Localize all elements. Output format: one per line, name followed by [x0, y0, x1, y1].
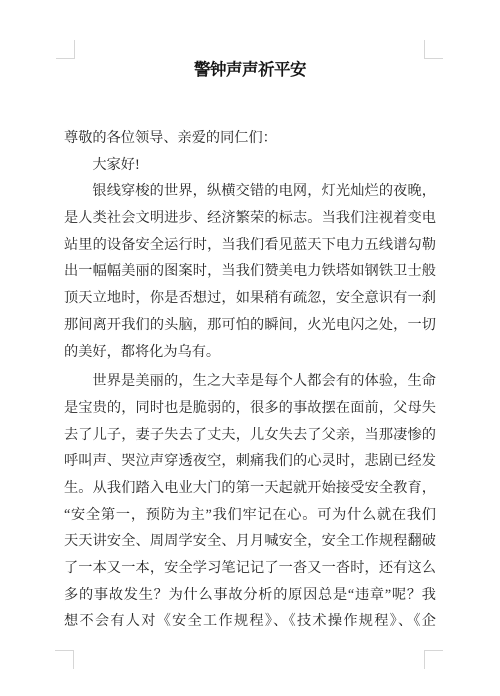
paragraph: 尊敬的各位领导、亲爱的同仁们： — [64, 125, 436, 152]
text-line: “安全第一，预防为主”我们牢记在心。可为什么就在我们 — [64, 502, 436, 529]
paragraph: 大家好! — [64, 152, 436, 179]
crop-mark-bottom-right — [424, 650, 443, 669]
paragraph: 银线穿梭的世界，纵横交错的电网，灯光灿烂的夜晚，是人类社会文明进步、经济繁荣的标… — [64, 178, 436, 365]
text-line: 尊敬的各位领导、亲爱的同仁们： — [64, 125, 436, 152]
paragraph: 世界是美丽的，生之大幸是每个人都会有的体验，生命是宝贵的，同时也是脆弱的，很多的… — [64, 368, 436, 635]
text-line: 天天讲安全、周周学安全、月月喊安全，安全工作规程翻破 — [64, 528, 436, 555]
text-line: 世界是美丽的，生之大幸是每个人都会有的体验，生命 — [64, 368, 436, 395]
text-line: 的美好，都将化为乌有。 — [64, 339, 436, 366]
document-title: 警钟声声祈平安 — [0, 55, 500, 86]
text-line: 顶天立地时，你是否想过，如果稍有疏忽，安全意识有一刹 — [64, 285, 436, 312]
text-line: 出一幅幅美丽的图案时，当我们赞美电力铁塔如钢铁卫士般 — [64, 258, 436, 285]
text-line: 呼叫声、哭泣声穿透夜空，刺痛我们的心灵时，悲剧已经发 — [64, 448, 436, 475]
text-line: 去了儿子，妻子失去了丈夫，儿女失去了父亲，当那凄惨的 — [64, 422, 436, 449]
text-line: 银线穿梭的世界，纵横交错的电网，灯光灿烂的夜晚， — [64, 178, 436, 205]
document-body: 尊敬的各位领导、亲爱的同仁们：大家好!银线穿梭的世界，纵横交错的电网，灯光灿烂的… — [64, 125, 436, 635]
document-page: 警钟声声祈平安 尊敬的各位领导、亲爱的同仁们：大家好!银线穿梭的世界，纵横交错的… — [0, 0, 500, 696]
text-line: 生。从我们踏入电业大门的第一天起就开始接受安全教育， — [64, 475, 436, 502]
text-line: 是人类社会文明进步、经济繁荣的标志。当我们注视着变电 — [64, 205, 436, 232]
text-line: 了一本又一本，安全学习笔记记了一沓又一沓时，还有这么 — [64, 555, 436, 582]
text-line: 站里的设备安全运行时，当我们看见蓝天下电力五线谱勾勒 — [64, 232, 436, 259]
text-line: 是宝贵的，同时也是脆弱的，很多的事故摆在面前，父母失 — [64, 395, 436, 422]
text-line: 多的事故发生？为什么事故分析的原因总是“违章”呢？我 — [64, 582, 436, 609]
text-line: 大家好! — [64, 152, 436, 179]
text-line: 那间离开我们的头脑，那可怕的瞬间，火光电闪之处，一切 — [64, 312, 436, 339]
crop-mark-bottom-left — [55, 650, 74, 669]
text-line: 想不会有人对《安全工作规程》、《技术操作规程》、《企 — [64, 608, 436, 635]
